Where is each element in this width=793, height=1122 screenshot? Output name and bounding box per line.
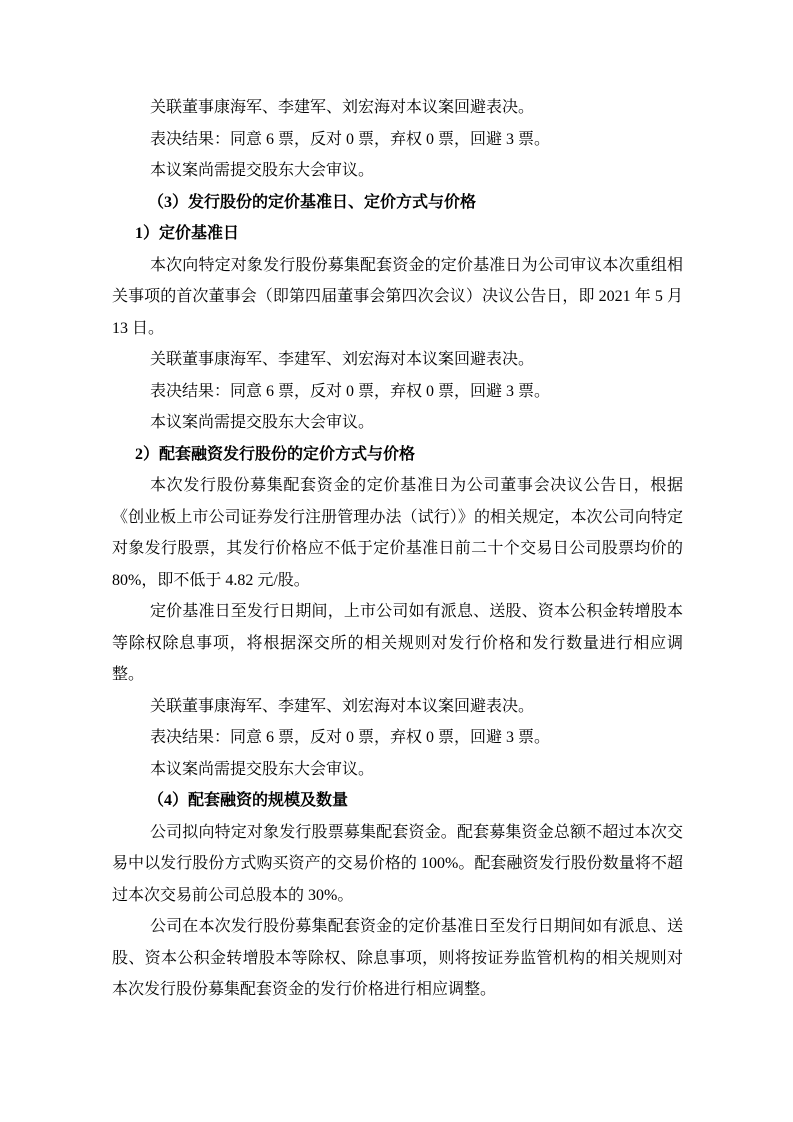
paragraph-submit-shareholders: 本议案尚需提交股东大会审议。 xyxy=(112,155,683,187)
paragraph-fundraising-scale: 公司拟向特定对象发行股票募集配套资金。配套募集资金总额不超过本次交易中以发行股份… xyxy=(112,817,683,912)
paragraph-vote-recusal: 关联董事康海军、李建军、刘宏海对本议案回避表决。 xyxy=(112,344,683,376)
paragraph-vote-result: 表决结果：同意 6 票，反对 0 票，弃权 0 票，回避 3 票。 xyxy=(112,722,683,754)
paragraph-issue-price-adjust: 公司在本次发行股份募集配套资金的定价基准日至发行日期间如有派息、送股、资本公积金… xyxy=(112,911,683,1006)
paragraph-vote-result: 表决结果：同意 6 票，反对 0 票，弃权 0 票，回避 3 票。 xyxy=(112,376,683,408)
paragraph-vote-recusal: 关联董事康海军、李建军、刘宏海对本议案回避表决。 xyxy=(112,691,683,723)
subsection-heading-2: 2）配套融资发行股份的定价方式与价格 xyxy=(112,439,683,471)
paragraph-pricing-method: 本次发行股份募集配套资金的定价基准日为公司董事会决议公告日，根据《创业板上市公司… xyxy=(112,470,683,596)
document-page: 关联董事康海军、李建军、刘宏海对本议案回避表决。 表决结果：同意 6 票，反对 … xyxy=(0,0,793,1122)
section-heading-3: （3）发行股份的定价基准日、定价方式与价格 xyxy=(112,187,683,219)
paragraph-vote-recusal: 关联董事康海军、李建军、刘宏海对本议案回避表决。 xyxy=(112,92,683,124)
paragraph-submit-shareholders: 本议案尚需提交股东大会审议。 xyxy=(112,407,683,439)
subsection-heading-1: 1）定价基准日 xyxy=(112,218,683,250)
paragraph-price-adjustment: 定价基准日至发行日期间，上市公司如有派息、送股、资本公积金转增股本等除权除息事项… xyxy=(112,596,683,691)
section-heading-4: （4）配套融资的规模及数量 xyxy=(112,785,683,817)
paragraph-submit-shareholders: 本议案尚需提交股东大会审议。 xyxy=(112,754,683,786)
document-body: 关联董事康海军、李建军、刘宏海对本议案回避表决。 表决结果：同意 6 票，反对 … xyxy=(112,92,683,1006)
paragraph-vote-result: 表决结果：同意 6 票，反对 0 票，弃权 0 票，回避 3 票。 xyxy=(112,124,683,156)
paragraph-pricing-base-date: 本次向特定对象发行股份募集配套资金的定价基准日为公司审议本次重组相关事项的首次董… xyxy=(112,250,683,345)
